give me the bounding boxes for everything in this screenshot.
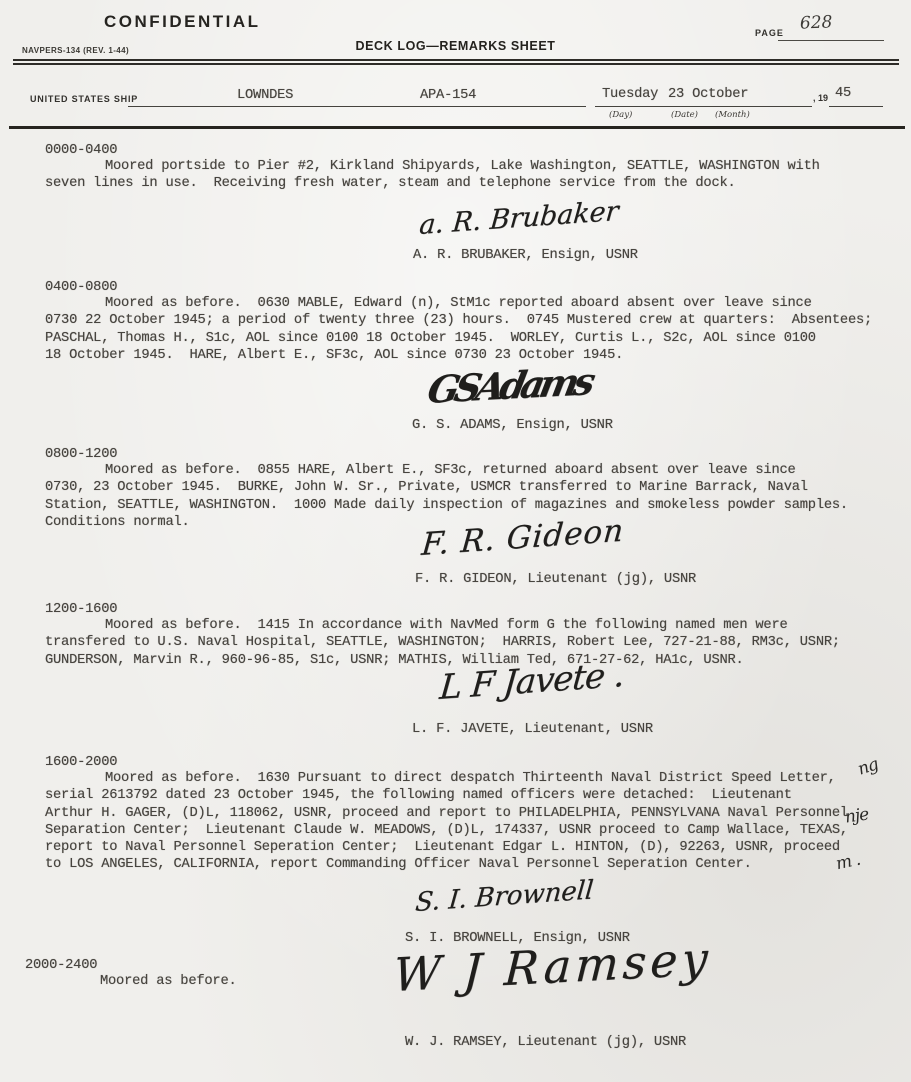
log-line: 18 October 1945. HARE, Albert E., SF3c, … [45,347,907,364]
log-line: Separation Center; Lieutenant Claude W. … [45,822,907,839]
date-underline [595,106,812,107]
signed-name-ramsey: W. J. RAMSEY, Lieutenant (jg), USNR [405,1035,686,1050]
time-range: 1600-2000 [45,755,907,770]
log-line: report to Naval Personnel Seperation Cen… [45,839,907,856]
day-value: Tuesday [602,87,658,102]
log-line: Moored as before. 1630 Pursuant to direc… [45,770,907,787]
ship-underline [128,106,586,107]
handwritten-margin-mark: nje [844,804,870,827]
year-underline [829,106,883,107]
day-sublabel: (Day) [609,110,632,120]
time-range: 0400-0800 [45,280,907,295]
document-title: DECK LOG—REMARKS SHEET [0,39,911,53]
log-line: Moored as before. 0630 MABLE, Edward (n)… [45,295,907,312]
log-line: Arthur H. GAGER, (D)L, 118062, USNR, pro… [45,805,907,822]
page-number: 628 [800,12,833,33]
time-range: 1200-1600 [45,602,907,617]
log-line: Moored portside to Pier #2, Kirkland Shi… [45,158,907,175]
time-range: 0000-0400 [45,143,907,158]
signature-brownell: S. I. Brownell [414,875,595,918]
log-line: 0730 22 October 1945; a period of twenty… [45,312,907,329]
log-line: to LOS ANGELES, CALIFORNIA, report Comma… [45,856,907,873]
log-entry-0800-1200: 0800-1200 Moored as before. 0855 HARE, A… [45,447,907,531]
date-sublabel: (Date) [671,110,698,120]
signed-name-javete: L. F. JAVETE, Lieutenant, USNR [412,722,653,737]
log-entry-1200-1600: 1200-1600 Moored as before. 1415 In acco… [45,602,907,669]
header-rule-bottom [13,63,899,65]
log-entry-0400-0800: 0400-0800 Moored as before. 0630 MABLE, … [45,280,907,364]
time-range: 0800-1200 [45,447,907,462]
log-line: Station, SEATTLE, WASHINGTON. 1000 Made … [45,497,907,514]
log-line: seven lines in use. Receiving fresh wate… [45,175,907,192]
header-rule-top [13,59,899,61]
classification-stamp: CONFIDENTIAL [104,12,261,32]
log-line: PASCHAL, Thomas H., S1c, AOL since 0100 … [45,330,907,347]
hull-number: APA-154 [420,88,476,103]
signed-name-brubaker: A. R. BRUBAKER, Ensign, USNR [413,248,638,263]
log-line: Moored as before. 0855 HARE, Albert E., … [45,462,907,479]
log-line: transfered to U.S. Naval Hospital, SEATT… [45,634,907,651]
ship-label: UNITED STATES SHIP [30,94,138,104]
year-value: 45 [835,86,851,101]
log-entry-1600-2000: 1600-2000 Moored as before. 1630 Pursuan… [45,755,907,874]
log-line: Moored as before. 1415 In accordance wit… [45,617,907,634]
log-line: 0730, 23 October 1945. BURKE, John W. Sr… [45,479,907,496]
signed-name-gideon: F. R. GIDEON, Lieutenant (jg), USNR [415,572,696,587]
year-prefix: , 19 [813,93,828,103]
ship-name: LOWNDES [237,88,293,103]
signature-brubaker: a. R. Brubaker [418,196,620,241]
page-label: PAGE [755,28,784,38]
log-line: serial 2613792 dated 23 October 1945, th… [45,787,907,804]
log-entry-0000-0400: 0000-0400 Moored portside to Pier #2, Ki… [45,143,907,193]
signature-adams: GSAdams [424,359,594,412]
date-value: 23 October [668,87,748,102]
deck-log-sheet: CONFIDENTIAL PAGE 628 NAVPERS-134 (REV. … [0,0,911,1082]
signed-name-adams: G. S. ADAMS, Ensign, USNR [412,418,613,433]
header-rule-heavy [9,126,905,129]
month-sublabel: (Month) [715,110,750,120]
